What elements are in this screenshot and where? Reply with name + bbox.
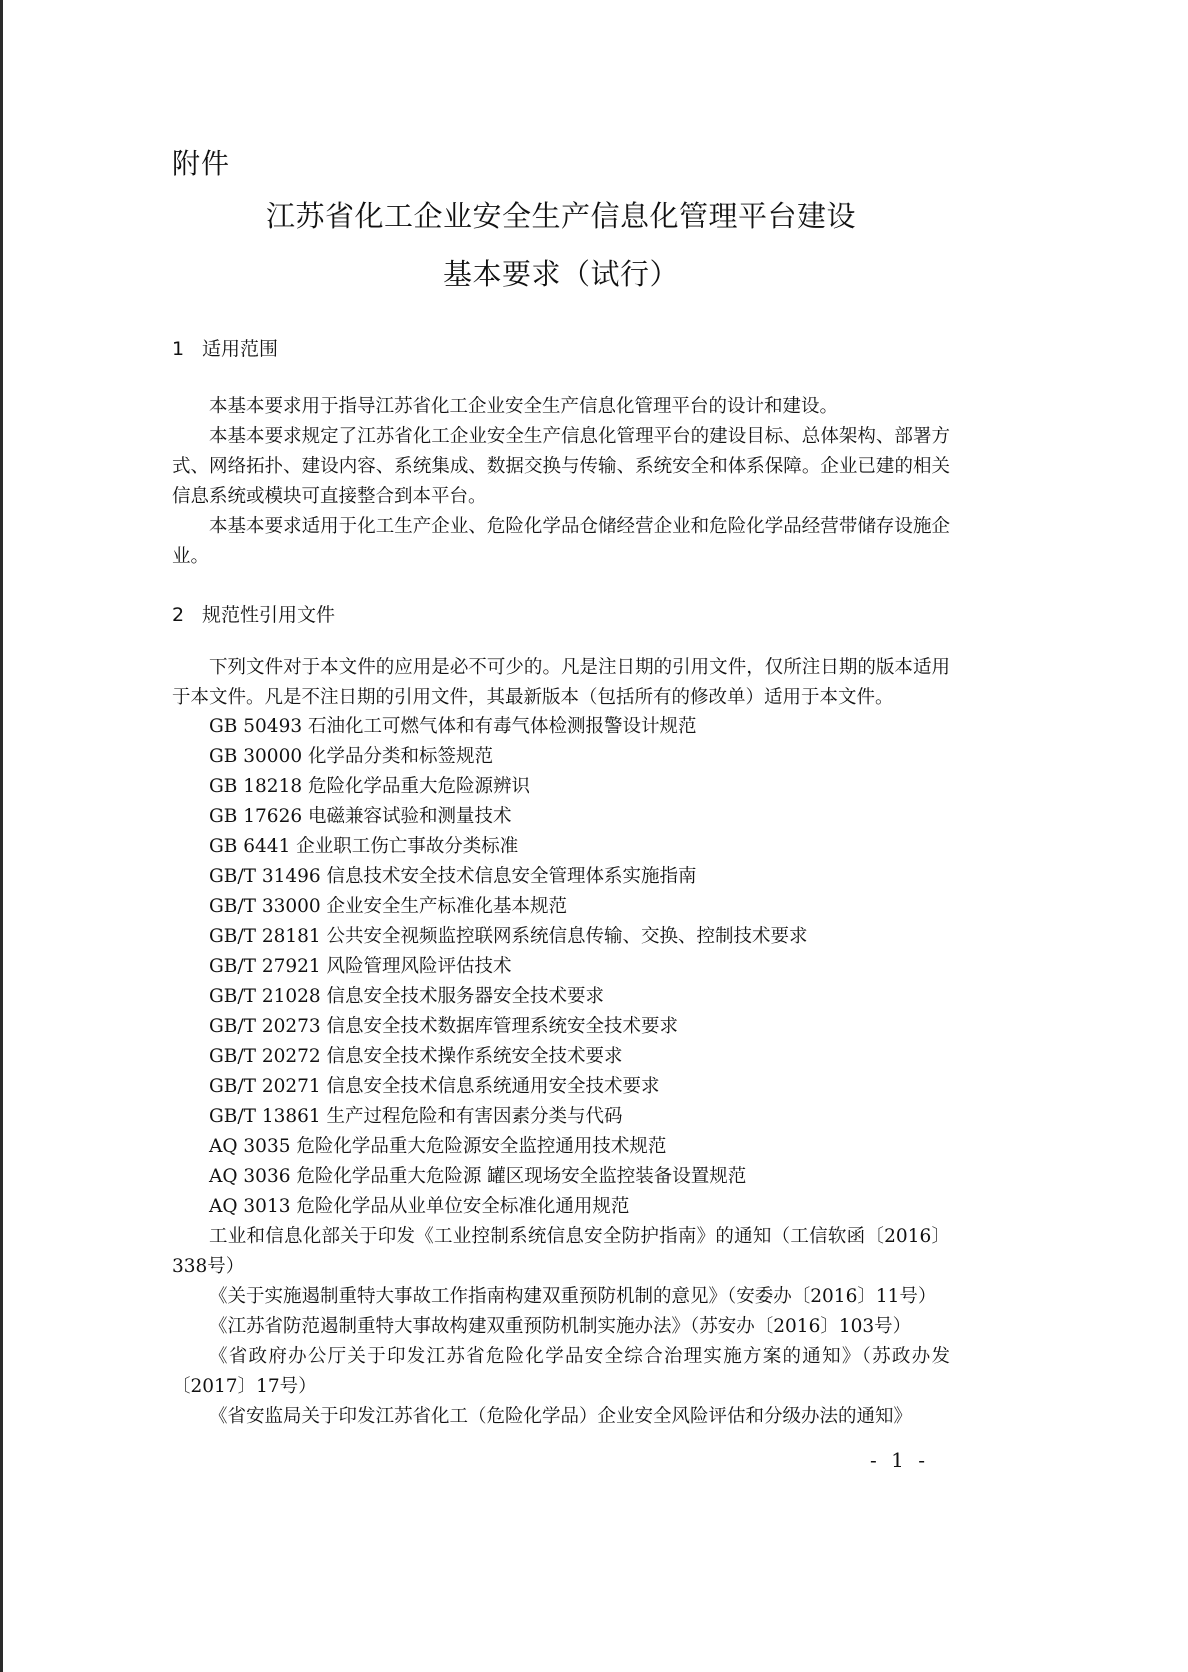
reference-item: GB/T 13861 生产过程危险和有害因素分类与代码 xyxy=(172,1102,950,1132)
page-left-border xyxy=(0,0,3,1672)
annex-label: 附件 xyxy=(172,142,230,182)
section-2-intro: 下列文件对于本文件的应用是必不可少的。凡是注日期的引用文件，仅所注日期的版本适用… xyxy=(172,653,950,713)
reference-item: AQ 3013 危险化学品从业单位安全标准化通用规范 xyxy=(172,1192,950,1222)
reference-item: GB/T 20272 信息安全技术操作系统安全技术要求 xyxy=(172,1042,950,1072)
section-title: 规范性引用文件 xyxy=(202,604,335,626)
notice-item: 《江苏省防范遏制重特大事故构建双重预防机制实施办法》（苏安办〔2016〕103号… xyxy=(172,1312,950,1342)
reference-item: GB/T 31496 信息技术安全技术信息安全管理体系实施指南 xyxy=(172,862,950,892)
reference-item: AQ 3035 危险化学品重大危险源安全监控通用技术规范 xyxy=(172,1132,950,1162)
reference-item: GB 17626 电磁兼容试验和测量技术 xyxy=(172,802,950,832)
reference-item: AQ 3036 危险化学品重大危险源 罐区现场安全监控装备设置规范 xyxy=(172,1162,950,1192)
notice-item: 《省政府办公厅关于印发江苏省危险化学品安全综合治理实施方案的通知》（苏政办发〔2… xyxy=(172,1342,950,1402)
paragraph: 本基本要求适用于化工生产企业、危险化学品仓储经营企业和危险化学品经营带储存设施企… xyxy=(172,512,950,572)
notice-item: 《省安监局关于印发江苏省化工（危险化学品）企业安全风险评估和分级办法的通知》 xyxy=(172,1402,950,1432)
reference-item: GB/T 20271 信息安全技术信息系统通用安全技术要求 xyxy=(172,1072,950,1102)
notice-item: 工业和信息化部关于印发《工业控制系统信息安全防护指南》的通知（工信软函〔2016… xyxy=(172,1222,950,1282)
reference-item: GB 6441 企业职工伤亡事故分类标准 xyxy=(172,832,950,862)
notice-item: 《关于实施遏制重特大事故工作指南构建双重预防机制的意见》（安委办〔2016〕11… xyxy=(172,1282,950,1312)
section-1-body: 本基本要求用于指导江苏省化工企业安全生产信息化管理平台的设计和建设。 本基本要求… xyxy=(172,392,950,572)
section-number: 1 xyxy=(172,338,202,360)
paragraph: 本基本要求用于指导江苏省化工企业安全生产信息化管理平台的设计和建设。 xyxy=(172,392,950,422)
reference-list: GB 50493 石油化工可燃气体和有毒气体检测报警设计规范 GB 30000 … xyxy=(172,712,950,1432)
reference-item: GB/T 27921 风险管理风险评估技术 xyxy=(172,952,950,982)
reference-item: GB 30000 化学品分类和标签规范 xyxy=(172,742,950,772)
reference-item: GB/T 28181 公共安全视频监控联网系统信息传输、交换、控制技术要求 xyxy=(172,922,950,952)
section-number: 2 xyxy=(172,604,202,626)
reference-item: GB/T 20273 信息安全技术数据库管理系统安全技术要求 xyxy=(172,1012,950,1042)
paragraph: 下列文件对于本文件的应用是必不可少的。凡是注日期的引用文件，仅所注日期的版本适用… xyxy=(172,653,950,713)
paragraph: 本基本要求规定了江苏省化工企业安全生产信息化管理平台的建设目标、总体架构、部署方… xyxy=(172,422,950,512)
section-1-heading: 1适用范围 xyxy=(172,334,278,361)
reference-item: GB 50493 石油化工可燃气体和有毒气体检测报警设计规范 xyxy=(172,712,950,742)
section-2-heading: 2规范性引用文件 xyxy=(172,600,335,627)
reference-item: GB/T 21028 信息安全技术服务器安全技术要求 xyxy=(172,982,950,1012)
page-number: - 1 - xyxy=(870,1448,929,1472)
document-title-line1: 江苏省化工企业安全生产信息化管理平台建设 xyxy=(172,194,950,235)
reference-item: GB/T 33000 企业安全生产标准化基本规范 xyxy=(172,892,950,922)
document-title-line2: 基本要求（试行） xyxy=(172,252,950,293)
section-title: 适用范围 xyxy=(202,338,278,360)
reference-item: GB 18218 危险化学品重大危险源辨识 xyxy=(172,772,950,802)
